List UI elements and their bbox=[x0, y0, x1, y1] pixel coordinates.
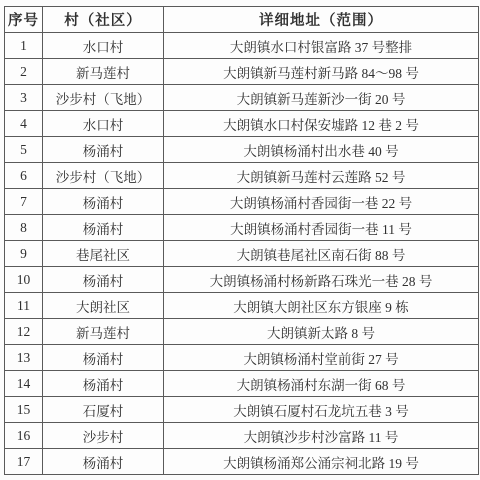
village-cell: 杨涌村 bbox=[43, 449, 164, 475]
table-row: 10杨涌村大朗镇杨涌村杨新路石珠光一巷 28 号 bbox=[5, 267, 479, 293]
village-cell: 杨涌村 bbox=[43, 371, 164, 397]
village-cell: 新马莲村 bbox=[43, 319, 164, 345]
address-cell: 大朗镇沙步村沙富路 11 号 bbox=[164, 423, 479, 449]
row-number-cell: 10 bbox=[5, 267, 43, 293]
row-number-cell: 4 bbox=[5, 111, 43, 137]
table-body: 1水口村大朗镇水口村银富路 37 号整排2新马莲村大朗镇新马莲村新马路 84～9… bbox=[5, 33, 479, 475]
table-row: 17杨涌村大朗镇杨涌郑公涌宗祠北路 19 号 bbox=[5, 449, 479, 475]
row-number-cell: 1 bbox=[5, 33, 43, 59]
village-cell: 杨涌村 bbox=[43, 345, 164, 371]
address-table: 序号 村（社区） 详细地址（范围） 1水口村大朗镇水口村银富路 37 号整排2新… bbox=[4, 6, 479, 475]
table-row: 8杨涌村大朗镇杨涌村香园街一巷 11 号 bbox=[5, 215, 479, 241]
village-cell: 沙步村（飞地） bbox=[43, 85, 164, 111]
village-cell: 沙步村（飞地） bbox=[43, 163, 164, 189]
village-cell: 石厦村 bbox=[43, 397, 164, 423]
row-number-cell: 2 bbox=[5, 59, 43, 85]
address-cell: 大朗镇杨涌郑公涌宗祠北路 19 号 bbox=[164, 449, 479, 475]
table-row: 9巷尾社区大朗镇巷尾社区南石街 88 号 bbox=[5, 241, 479, 267]
table-row: 14杨涌村大朗镇杨涌村东湖一街 68 号 bbox=[5, 371, 479, 397]
address-cell: 大朗镇石厦村石龙坑五巷 3 号 bbox=[164, 397, 479, 423]
table-row: 2新马莲村大朗镇新马莲村新马路 84～98 号 bbox=[5, 59, 479, 85]
address-cell: 大朗镇新马莲村云莲路 52 号 bbox=[164, 163, 479, 189]
row-number-cell: 17 bbox=[5, 449, 43, 475]
document-page: 序号 村（社区） 详细地址（范围） 1水口村大朗镇水口村银富路 37 号整排2新… bbox=[0, 0, 480, 480]
address-cell: 大朗镇杨涌村香园街一巷 22 号 bbox=[164, 189, 479, 215]
row-number-cell: 14 bbox=[5, 371, 43, 397]
address-cell: 大朗镇水口村银富路 37 号整排 bbox=[164, 33, 479, 59]
village-cell: 沙步村 bbox=[43, 423, 164, 449]
row-number-cell: 15 bbox=[5, 397, 43, 423]
address-cell: 大朗镇杨涌村香园街一巷 11 号 bbox=[164, 215, 479, 241]
village-cell: 杨涌村 bbox=[43, 267, 164, 293]
header-serial-number: 序号 bbox=[5, 7, 43, 33]
row-number-cell: 13 bbox=[5, 345, 43, 371]
address-cell: 大朗镇杨涌村杨新路石珠光一巷 28 号 bbox=[164, 267, 479, 293]
table-row: 7杨涌村大朗镇杨涌村香园街一巷 22 号 bbox=[5, 189, 479, 215]
address-cell: 大朗镇大朗社区东方银座 9 栋 bbox=[164, 293, 479, 319]
table-row: 5杨涌村大朗镇杨涌村出水巷 40 号 bbox=[5, 137, 479, 163]
row-number-cell: 8 bbox=[5, 215, 43, 241]
address-cell: 大朗镇水口村保安墟路 12 巷 2 号 bbox=[164, 111, 479, 137]
row-number-cell: 11 bbox=[5, 293, 43, 319]
table-row: 15石厦村大朗镇石厦村石龙坑五巷 3 号 bbox=[5, 397, 479, 423]
address-cell: 大朗镇新马莲村新马路 84～98 号 bbox=[164, 59, 479, 85]
row-number-cell: 3 bbox=[5, 85, 43, 111]
address-cell: 大朗镇杨涌村出水巷 40 号 bbox=[164, 137, 479, 163]
address-cell: 大朗镇杨涌村东湖一街 68 号 bbox=[164, 371, 479, 397]
village-cell: 杨涌村 bbox=[43, 215, 164, 241]
header-village-community: 村（社区） bbox=[43, 7, 164, 33]
village-cell: 水口村 bbox=[43, 33, 164, 59]
table-row: 1水口村大朗镇水口村银富路 37 号整排 bbox=[5, 33, 479, 59]
village-cell: 杨涌村 bbox=[43, 189, 164, 215]
table-row: 11大朗社区大朗镇大朗社区东方银座 9 栋 bbox=[5, 293, 479, 319]
table-row: 16沙步村大朗镇沙步村沙富路 11 号 bbox=[5, 423, 479, 449]
address-cell: 大朗镇新太路 8 号 bbox=[164, 319, 479, 345]
row-number-cell: 5 bbox=[5, 137, 43, 163]
address-cell: 大朗镇新马莲新沙一街 20 号 bbox=[164, 85, 479, 111]
table-row: 6沙步村（飞地）大朗镇新马莲村云莲路 52 号 bbox=[5, 163, 479, 189]
row-number-cell: 6 bbox=[5, 163, 43, 189]
row-number-cell: 7 bbox=[5, 189, 43, 215]
village-cell: 杨涌村 bbox=[43, 137, 164, 163]
village-cell: 新马莲村 bbox=[43, 59, 164, 85]
row-number-cell: 9 bbox=[5, 241, 43, 267]
village-cell: 巷尾社区 bbox=[43, 241, 164, 267]
table-row: 13杨涌村大朗镇杨涌村堂前街 27 号 bbox=[5, 345, 479, 371]
table-header-row: 序号 村（社区） 详细地址（范围） bbox=[5, 7, 479, 33]
table-row: 12新马莲村大朗镇新太路 8 号 bbox=[5, 319, 479, 345]
table-row: 4水口村大朗镇水口村保安墟路 12 巷 2 号 bbox=[5, 111, 479, 137]
row-number-cell: 12 bbox=[5, 319, 43, 345]
header-detailed-address: 详细地址（范围） bbox=[164, 7, 479, 33]
address-cell: 大朗镇巷尾社区南石街 88 号 bbox=[164, 241, 479, 267]
address-cell: 大朗镇杨涌村堂前街 27 号 bbox=[164, 345, 479, 371]
village-cell: 大朗社区 bbox=[43, 293, 164, 319]
table-row: 3沙步村（飞地）大朗镇新马莲新沙一街 20 号 bbox=[5, 85, 479, 111]
row-number-cell: 16 bbox=[5, 423, 43, 449]
village-cell: 水口村 bbox=[43, 111, 164, 137]
